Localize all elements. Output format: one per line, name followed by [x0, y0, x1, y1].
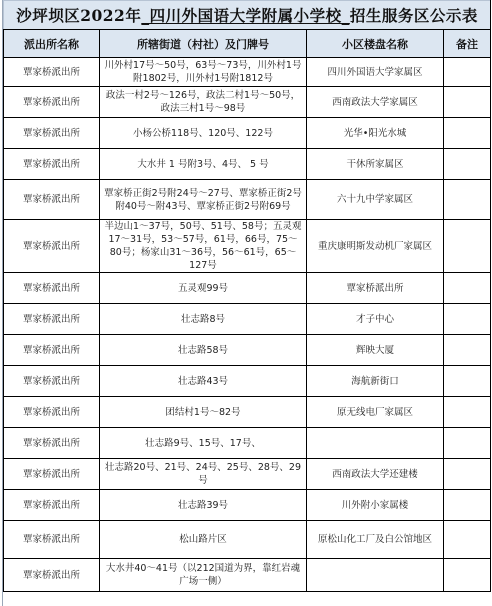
- table-row: 覃家桥派出所壮志路20号、21号、24号、25号、28号、29号西南政法大学还建…: [4, 459, 491, 490]
- note-cell[interactable]: [444, 180, 491, 220]
- title-suffix: 招生服务区公示表: [350, 6, 478, 25]
- station-cell[interactable]: 覃家桥派出所: [4, 559, 100, 592]
- note-cell[interactable]: [444, 490, 491, 521]
- community-cell[interactable]: 覃家桥派出所: [307, 273, 444, 304]
- address-cell[interactable]: 松山路片区: [100, 521, 307, 559]
- station-cell[interactable]: 覃家桥派出所: [4, 490, 100, 521]
- note-cell[interactable]: [444, 521, 491, 559]
- community-cell[interactable]: 四川外国语大学家属区: [307, 58, 444, 87]
- address-cell[interactable]: 半边山1～37号，50号、51号、58号；五灵观17～31号，53～57号，61…: [100, 220, 307, 273]
- community-cell[interactable]: 干休所家属区: [307, 149, 444, 180]
- table-row: 覃家桥派出所川外村17号～50号，63号～73号，川外村1号附1802号，川外村…: [4, 58, 491, 87]
- address-cell[interactable]: 壮志路39号: [100, 490, 307, 521]
- community-cell[interactable]: 光华•阳光水城: [307, 118, 444, 149]
- station-cell[interactable]: 覃家桥派出所: [4, 397, 100, 428]
- community-cell[interactable]: 原松山化工厂及白公馆地区: [307, 521, 444, 559]
- header-row: 派出所名称 所辖街道（村社）及门牌号 小区楼盘名称 备注: [4, 30, 491, 58]
- station-cell[interactable]: 覃家桥派出所: [4, 459, 100, 490]
- community-cell[interactable]: 重庆康明斯发动机厂家属区: [307, 220, 444, 273]
- station-cell[interactable]: 覃家桥派出所: [4, 521, 100, 559]
- station-cell[interactable]: 覃家桥派出所: [4, 149, 100, 180]
- station-cell[interactable]: 覃家桥派出所: [4, 304, 100, 335]
- table-row: 覃家桥派出所大水井 1 号附3号、4号、 5 号干休所家属区: [4, 149, 491, 180]
- station-cell[interactable]: 覃家桥派出所: [4, 118, 100, 149]
- table-row: 覃家桥派出所五灵观99号覃家桥派出所: [4, 273, 491, 304]
- address-cell[interactable]: 五灵观99号: [100, 273, 307, 304]
- address-cell[interactable]: 壮志路9号、15号、17号、: [100, 428, 307, 459]
- note-cell[interactable]: [444, 366, 491, 397]
- station-cell[interactable]: 覃家桥派出所: [4, 366, 100, 397]
- table-row: 覃家桥派出所政法一村2号～126号，政法二村1号～50号，政法三村1号～98号西…: [4, 87, 491, 118]
- enrollment-zone-table: 沙坪坝区2022年_四川外国语大学附属小学校_招生服务区公示表 派出所名称 所辖…: [3, 0, 491, 592]
- table-row: 覃家桥派出所壮志路43号海航新街口: [4, 366, 491, 397]
- station-cell[interactable]: 覃家桥派出所: [4, 428, 100, 459]
- table-row: 覃家桥派出所大水井40～41号（以212国道为界，靠红岩魂广场一侧）: [4, 559, 491, 592]
- community-cell[interactable]: [307, 559, 444, 592]
- note-cell[interactable]: [444, 459, 491, 490]
- table-row: 覃家桥派出所壮志路58号辉映大厦: [4, 335, 491, 366]
- address-cell[interactable]: 大水井40～41号（以212国道为界，靠红岩魂广场一侧）: [100, 559, 307, 592]
- table-row: 覃家桥派出所壮志路39号川外附小家属楼: [4, 490, 491, 521]
- station-cell[interactable]: 覃家桥派出所: [4, 273, 100, 304]
- table-row: 覃家桥派出所小杨公桥118号、120号、122号光华•阳光水城: [4, 118, 491, 149]
- header-police-station[interactable]: 派出所名称: [4, 30, 100, 58]
- station-cell[interactable]: 覃家桥派出所: [4, 58, 100, 87]
- table-row: 覃家桥派出所壮志路9号、15号、17号、: [4, 428, 491, 459]
- note-cell[interactable]: [444, 559, 491, 592]
- community-cell[interactable]: 海航新街口: [307, 366, 444, 397]
- table-row: 覃家桥派出所半边山1～37号，50号、51号、58号；五灵观17～31号，53～…: [4, 220, 491, 273]
- community-cell[interactable]: 原无线电厂家属区: [307, 397, 444, 428]
- community-cell[interactable]: 川外附小家属楼: [307, 490, 444, 521]
- community-cell[interactable]: [307, 428, 444, 459]
- address-cell[interactable]: 大水井 1 号附3号、4号、 5 号: [100, 149, 307, 180]
- header-community-name[interactable]: 小区楼盘名称: [307, 30, 444, 58]
- table-row: 覃家桥派出所壮志路8号才子中心: [4, 304, 491, 335]
- note-cell[interactable]: [444, 149, 491, 180]
- header-street-address[interactable]: 所辖街道（村社）及门牌号: [100, 30, 307, 58]
- address-cell[interactable]: 团结村1号～82号: [100, 397, 307, 428]
- note-cell[interactable]: [444, 335, 491, 366]
- note-cell[interactable]: [444, 220, 491, 273]
- community-cell[interactable]: 六十九中学家属区: [307, 180, 444, 220]
- station-cell[interactable]: 覃家桥派出所: [4, 335, 100, 366]
- address-cell[interactable]: 壮志路8号: [100, 304, 307, 335]
- station-cell[interactable]: 覃家桥派出所: [4, 220, 100, 273]
- title-prefix: 沙坪坝区2022年: [16, 6, 141, 25]
- station-cell[interactable]: 覃家桥派出所: [4, 180, 100, 220]
- community-cell[interactable]: 西南政法大学还建楼: [307, 459, 444, 490]
- note-cell[interactable]: [444, 428, 491, 459]
- table-row: 覃家桥派出所松山路片区原松山化工厂及白公馆地区: [4, 521, 491, 559]
- table-row: 覃家桥派出所团结村1号～82号原无线电厂家属区: [4, 397, 491, 428]
- address-cell[interactable]: 壮志路43号: [100, 366, 307, 397]
- note-cell[interactable]: [444, 304, 491, 335]
- address-cell[interactable]: 壮志路58号: [100, 335, 307, 366]
- note-cell[interactable]: [444, 273, 491, 304]
- address-cell[interactable]: 小杨公桥118号、120号、122号: [100, 118, 307, 149]
- header-remarks[interactable]: 备注: [444, 30, 491, 58]
- address-cell[interactable]: 政法一村2号～126号，政法二村1号～50号，政法三村1号～98号: [100, 87, 307, 118]
- community-cell[interactable]: 辉映大厦: [307, 335, 444, 366]
- note-cell[interactable]: [444, 397, 491, 428]
- note-cell[interactable]: [444, 118, 491, 149]
- community-cell[interactable]: 才子中心: [307, 304, 444, 335]
- table-row: 覃家桥派出所覃家桥正街2号附24号～27号、覃家桥正街2号附40号～附43号、覃…: [4, 180, 491, 220]
- sheet-title[interactable]: 沙坪坝区2022年_四川外国语大学附属小学校_招生服务区公示表: [4, 1, 491, 30]
- station-cell[interactable]: 覃家桥派出所: [4, 87, 100, 118]
- note-cell[interactable]: [444, 87, 491, 118]
- address-cell[interactable]: 覃家桥正街2号附24号～27号、覃家桥正街2号附40号～附43号、覃家桥正街2号…: [100, 180, 307, 220]
- address-cell[interactable]: 壮志路20号、21号、24号、25号、28号、29号: [100, 459, 307, 490]
- title-row: 沙坪坝区2022年_四川外国语大学附属小学校_招生服务区公示表: [4, 1, 491, 30]
- title-school-name: _四川外国语大学附属小学校_: [141, 6, 350, 25]
- note-cell[interactable]: [444, 58, 491, 87]
- community-cell[interactable]: 西南政法大学家属区: [307, 87, 444, 118]
- address-cell[interactable]: 川外村17号～50号，63号～73号，川外村1号附1802号，川外村1号附181…: [100, 58, 307, 87]
